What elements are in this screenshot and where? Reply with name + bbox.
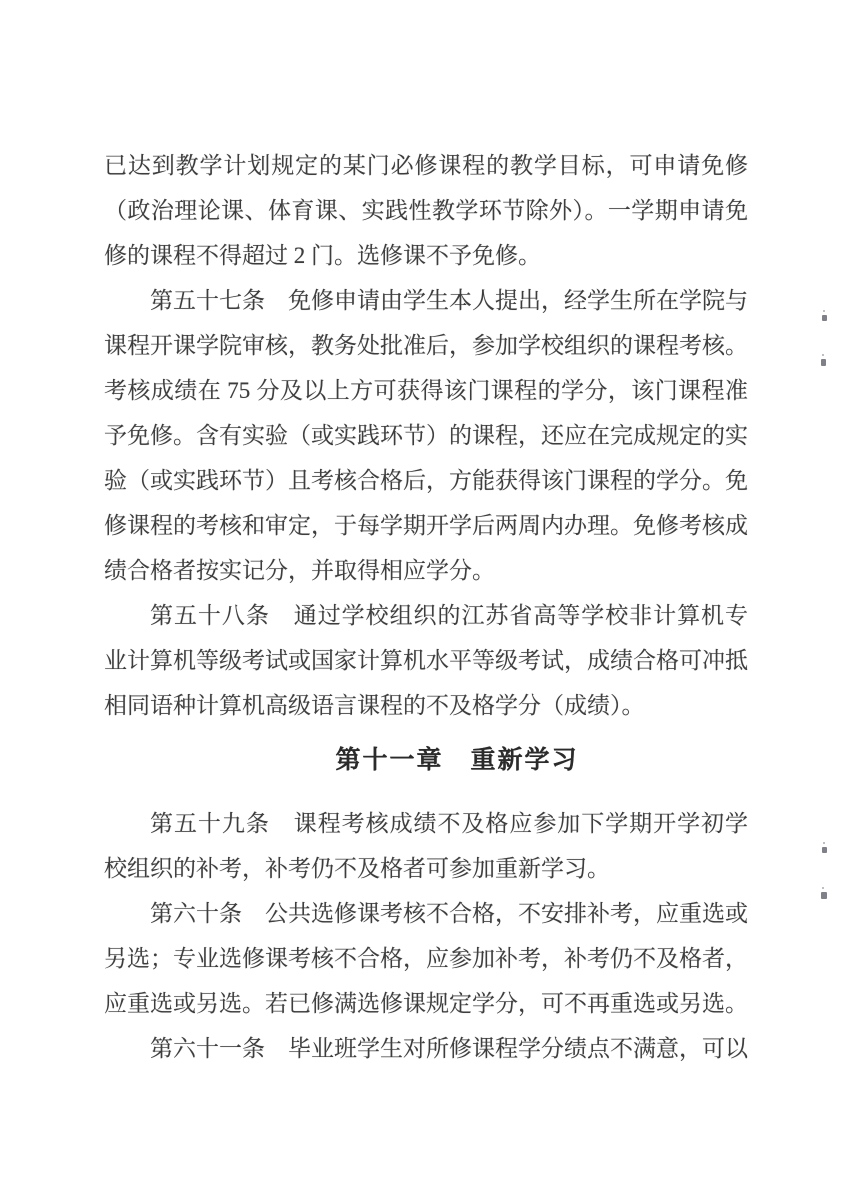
scan-speck bbox=[822, 315, 827, 321]
text-line: 绩合格者按实记分，并取得相应学分。 bbox=[104, 548, 748, 593]
text-line: 校组织的补考，补考仍不及格者可参加重新学习。 bbox=[104, 846, 748, 891]
chapter-heading: 第十一章 重新学习 bbox=[135, 728, 779, 793]
text-line: 第五十八条 通过学校组织的江苏省高等学校非计算机专 bbox=[104, 593, 748, 638]
text-line: 相同语种计算机高级语言课程的不及格学分（成绩）。 bbox=[104, 683, 748, 728]
text-line: 第六十一条 毕业班学生对所修课程学分绩点不满意，可以 bbox=[104, 1026, 748, 1071]
text-line: 予免修。含有实验（或实践环节）的课程，还应在完成规定的实 bbox=[104, 413, 748, 458]
scan-speck bbox=[821, 359, 826, 366]
text-line: 应重选或另选。若已修满选修课规定学分，可不再重选或另选。 bbox=[104, 981, 748, 1026]
document-page: 已达到教学计划规定的某门必修课程的教学目标，可申请免修 （政治理论课、体育课、实… bbox=[0, 0, 844, 1200]
text-line: （政治理论课、体育课、实践性教学环节除外）。一学期申请免 bbox=[104, 188, 748, 233]
text-line: 第五十九条 课程考核成绩不及格应参加下学期开学初学 bbox=[104, 801, 748, 846]
text-line: 修的课程不得超过 2 门。选修课不予免修。 bbox=[104, 233, 748, 278]
text-line: 课程开课学院审核，教务处批准后，参加学校组织的课程考核。 bbox=[104, 323, 748, 368]
text-line: 验（或实践环节）且考核合格后，方能获得该门课程的学分。免 bbox=[104, 458, 748, 503]
document-body: 已达到教学计划规定的某门必修课程的教学目标，可申请免修 （政治理论课、体育课、实… bbox=[104, 143, 748, 1071]
text-line: 第六十条 公共选修课考核不合格，不安排补考，应重选或 bbox=[104, 891, 748, 936]
text-line: 修课程的考核和审定，于每学期开学后两周内办理。免修考核成 bbox=[104, 503, 748, 548]
scan-speck bbox=[822, 847, 827, 853]
text-line: 考核成绩在 75 分及以上方可获得该门课程的学分，该门课程准 bbox=[104, 368, 748, 413]
scan-speck bbox=[821, 892, 827, 899]
text-line: 第五十七条 免修申请由学生本人提出，经学生所在学院与 bbox=[104, 278, 748, 323]
text-line: 另选；专业选修课考核不合格，应参加补考，补考仍不及格者， bbox=[104, 936, 748, 981]
text-line: 已达到教学计划规定的某门必修课程的教学目标，可申请免修 bbox=[104, 143, 748, 188]
text-line: 业计算机等级考试或国家计算机水平等级考试，成绩合格可冲抵 bbox=[104, 638, 748, 683]
